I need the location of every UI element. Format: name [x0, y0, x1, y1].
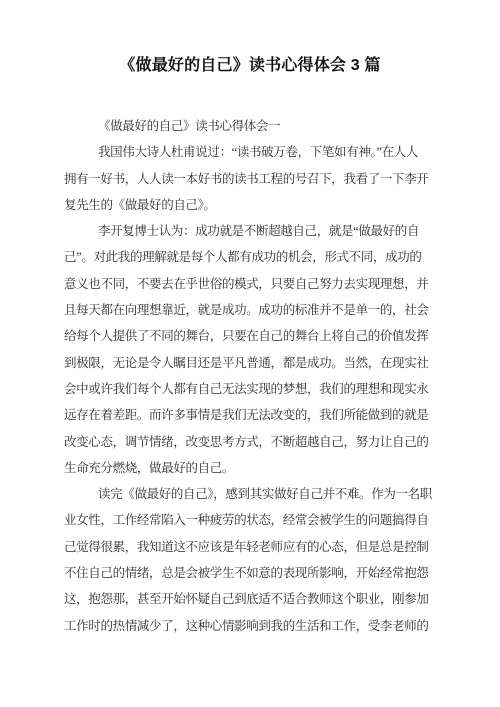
- text-line: 我国伟大诗人杜甫说过：“读书破万卷，下笔如有神。”在人人: [64, 139, 436, 165]
- text-line: 意义也不同，不要去在乎世俗的模式，只要自己努力去实现理想，并: [64, 271, 436, 297]
- text-line: 李开复博士认为：成功就是不断超越自己，就是“做最好的自: [64, 218, 436, 244]
- document-page: 《做最好的自己》读书心得体会 3 篇 《做最好的自己》读书心得体会一我国伟大诗人…: [0, 0, 500, 707]
- document-title: 《做最好的自己》读书心得体会 3 篇: [0, 52, 500, 75]
- text-line: 且每天都在向理想靠近，就是成功。成功的标准并不是单一的，社会: [64, 297, 436, 323]
- text-line: 业女性，工作经常陷入一种疲劳的状态，经常会被学生的问题搞得自: [64, 507, 436, 533]
- document-text: 《做最好的自己》读书心得体会一我国伟大诗人杜甫说过：“读书破万卷，下笔如有神。”…: [64, 113, 436, 639]
- text-line: 会中或许我们每个人都有自己无法实现的梦想，我们的理想和现实永: [64, 376, 436, 402]
- text-line: 己”。对此我的理解就是每个人都有成功的机会，形式不同，成功的: [64, 244, 436, 270]
- text-line: 给每个人提供了不同的舞台，只要在自己的舞台上将自己的价值发挥: [64, 323, 436, 349]
- text-line: 复先生的《做最好的自己》。: [64, 192, 436, 218]
- text-line: 己觉得很累，我知道这不应该是年轻老师应有的心态，但是总是控制: [64, 534, 436, 560]
- text-line: 到极限，无论是令人瞩目还是平凡普通，都是成功。当然，在现实社: [64, 350, 436, 376]
- text-line: 这，抱怨那，甚至开始怀疑自己到底适不适合教师这个职业，刚参加: [64, 586, 436, 612]
- text-line: 改变心态，调节情绪，改变思考方式，不断超越自己，努力让自己的: [64, 429, 436, 455]
- text-line: 工作时的热情减少了，这种心情影响到我的生活和工作，受李老师的: [64, 613, 436, 639]
- text-line: 《做最好的自己》读书心得体会一: [64, 113, 436, 139]
- text-line: 拥有一好书，人人读一本好书的读书工程的号召下，我看了一下李开: [64, 166, 436, 192]
- text-line: 生命充分燃烧，做最好的自己。: [64, 455, 436, 481]
- text-line: 远存在着差距。而许多事情是我们无法改变的，我们所能做到的就是: [64, 402, 436, 428]
- text-line: 读完《做最好的自己》，感到其实做好自己并不难。作为一名职: [64, 481, 436, 507]
- text-line: 不住自己的情绪，总是会被学生不如意的表现所影响，开始经常抱怨: [64, 560, 436, 586]
